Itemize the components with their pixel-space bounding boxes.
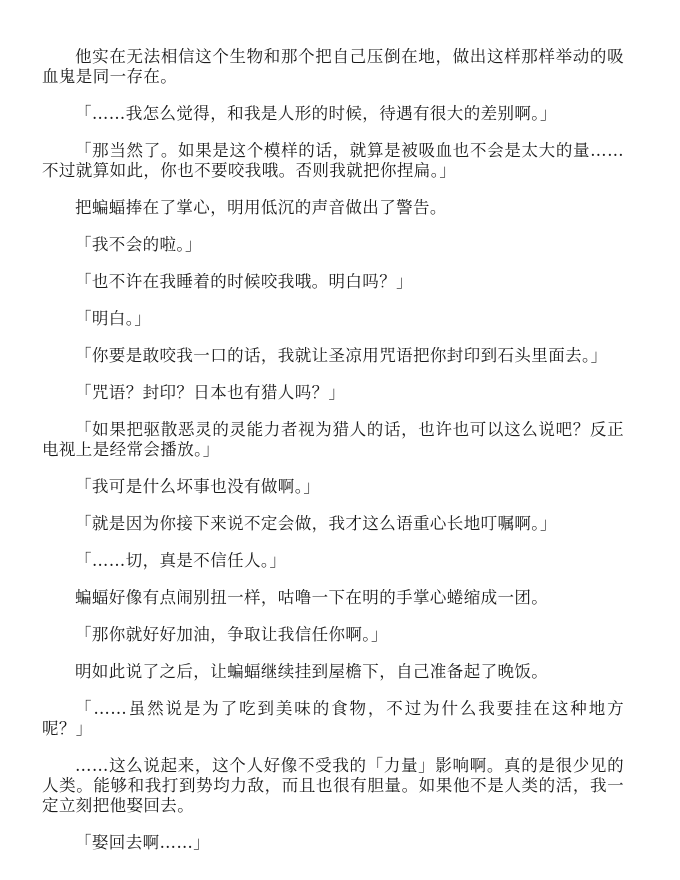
dialogue-line: 「……切，真是不信任人。」 (42, 551, 624, 571)
dialogue-line: 「你要是敢咬我一口的话，我就让圣凉用咒语把你封印到石头里面去。」 (42, 346, 624, 366)
dialogue-line: 「那你就好好加油，争取让我信任你啊。」 (42, 625, 624, 645)
dialogue-line: 「……虽然说是为了吃到美味的食物，不过为什么我要挂在这种地方呢？」 (42, 699, 624, 739)
paragraph: 明如此说了之后，让蝙蝠继续挂到屋檐下，自己准备起了晚饭。 (42, 662, 624, 682)
dialogue-line: 「我可是什么坏事也没有做啊。」 (42, 477, 624, 497)
paragraph: ……这么说起来，这个人好像不受我的「力量」影响啊。真的是很少见的人类。能够和我打… (42, 756, 624, 816)
dialogue-line: 「娶回去啊……」 (42, 833, 624, 853)
dialogue-line: 「如果把驱散恶灵的灵能力者视为猎人的话，也许也可以这么说吧？反正电视上是经常会播… (42, 420, 624, 460)
dialogue-line: 「那当然了。如果是这个模样的话，就算是被吸血也不会是太大的量……不过就算如此，你… (42, 141, 624, 181)
document-page: 他实在无法相信这个生物和那个把自己压倒在地，做出这样那样举动的吸血鬼是同一存在。… (42, 47, 624, 870)
dialogue-line: 「就是因为你接下来说不定会做，我才这么语重心长地叮嘱啊。」 (42, 514, 624, 534)
dialogue-line: 「……我怎么觉得，和我是人形的时候，待遇有很大的差别啊。」 (42, 104, 624, 124)
dialogue-line: 「咒语？封印？日本也有猎人吗？」 (42, 383, 624, 403)
dialogue-line: 「我不会的啦。」 (42, 235, 624, 255)
dialogue-line: 「也不许在我睡着的时候咬我哦。明白吗？」 (42, 272, 624, 292)
paragraph: 蝙蝠好像有点闹别扭一样，咕噜一下在明的手掌心蜷缩成一团。 (42, 588, 624, 608)
paragraph: 把蝙蝠捧在了掌心，明用低沉的声音做出了警告。 (42, 198, 624, 218)
dialogue-line: 「明白。」 (42, 309, 624, 329)
paragraph: 他实在无法相信这个生物和那个把自己压倒在地，做出这样那样举动的吸血鬼是同一存在。 (42, 47, 624, 87)
